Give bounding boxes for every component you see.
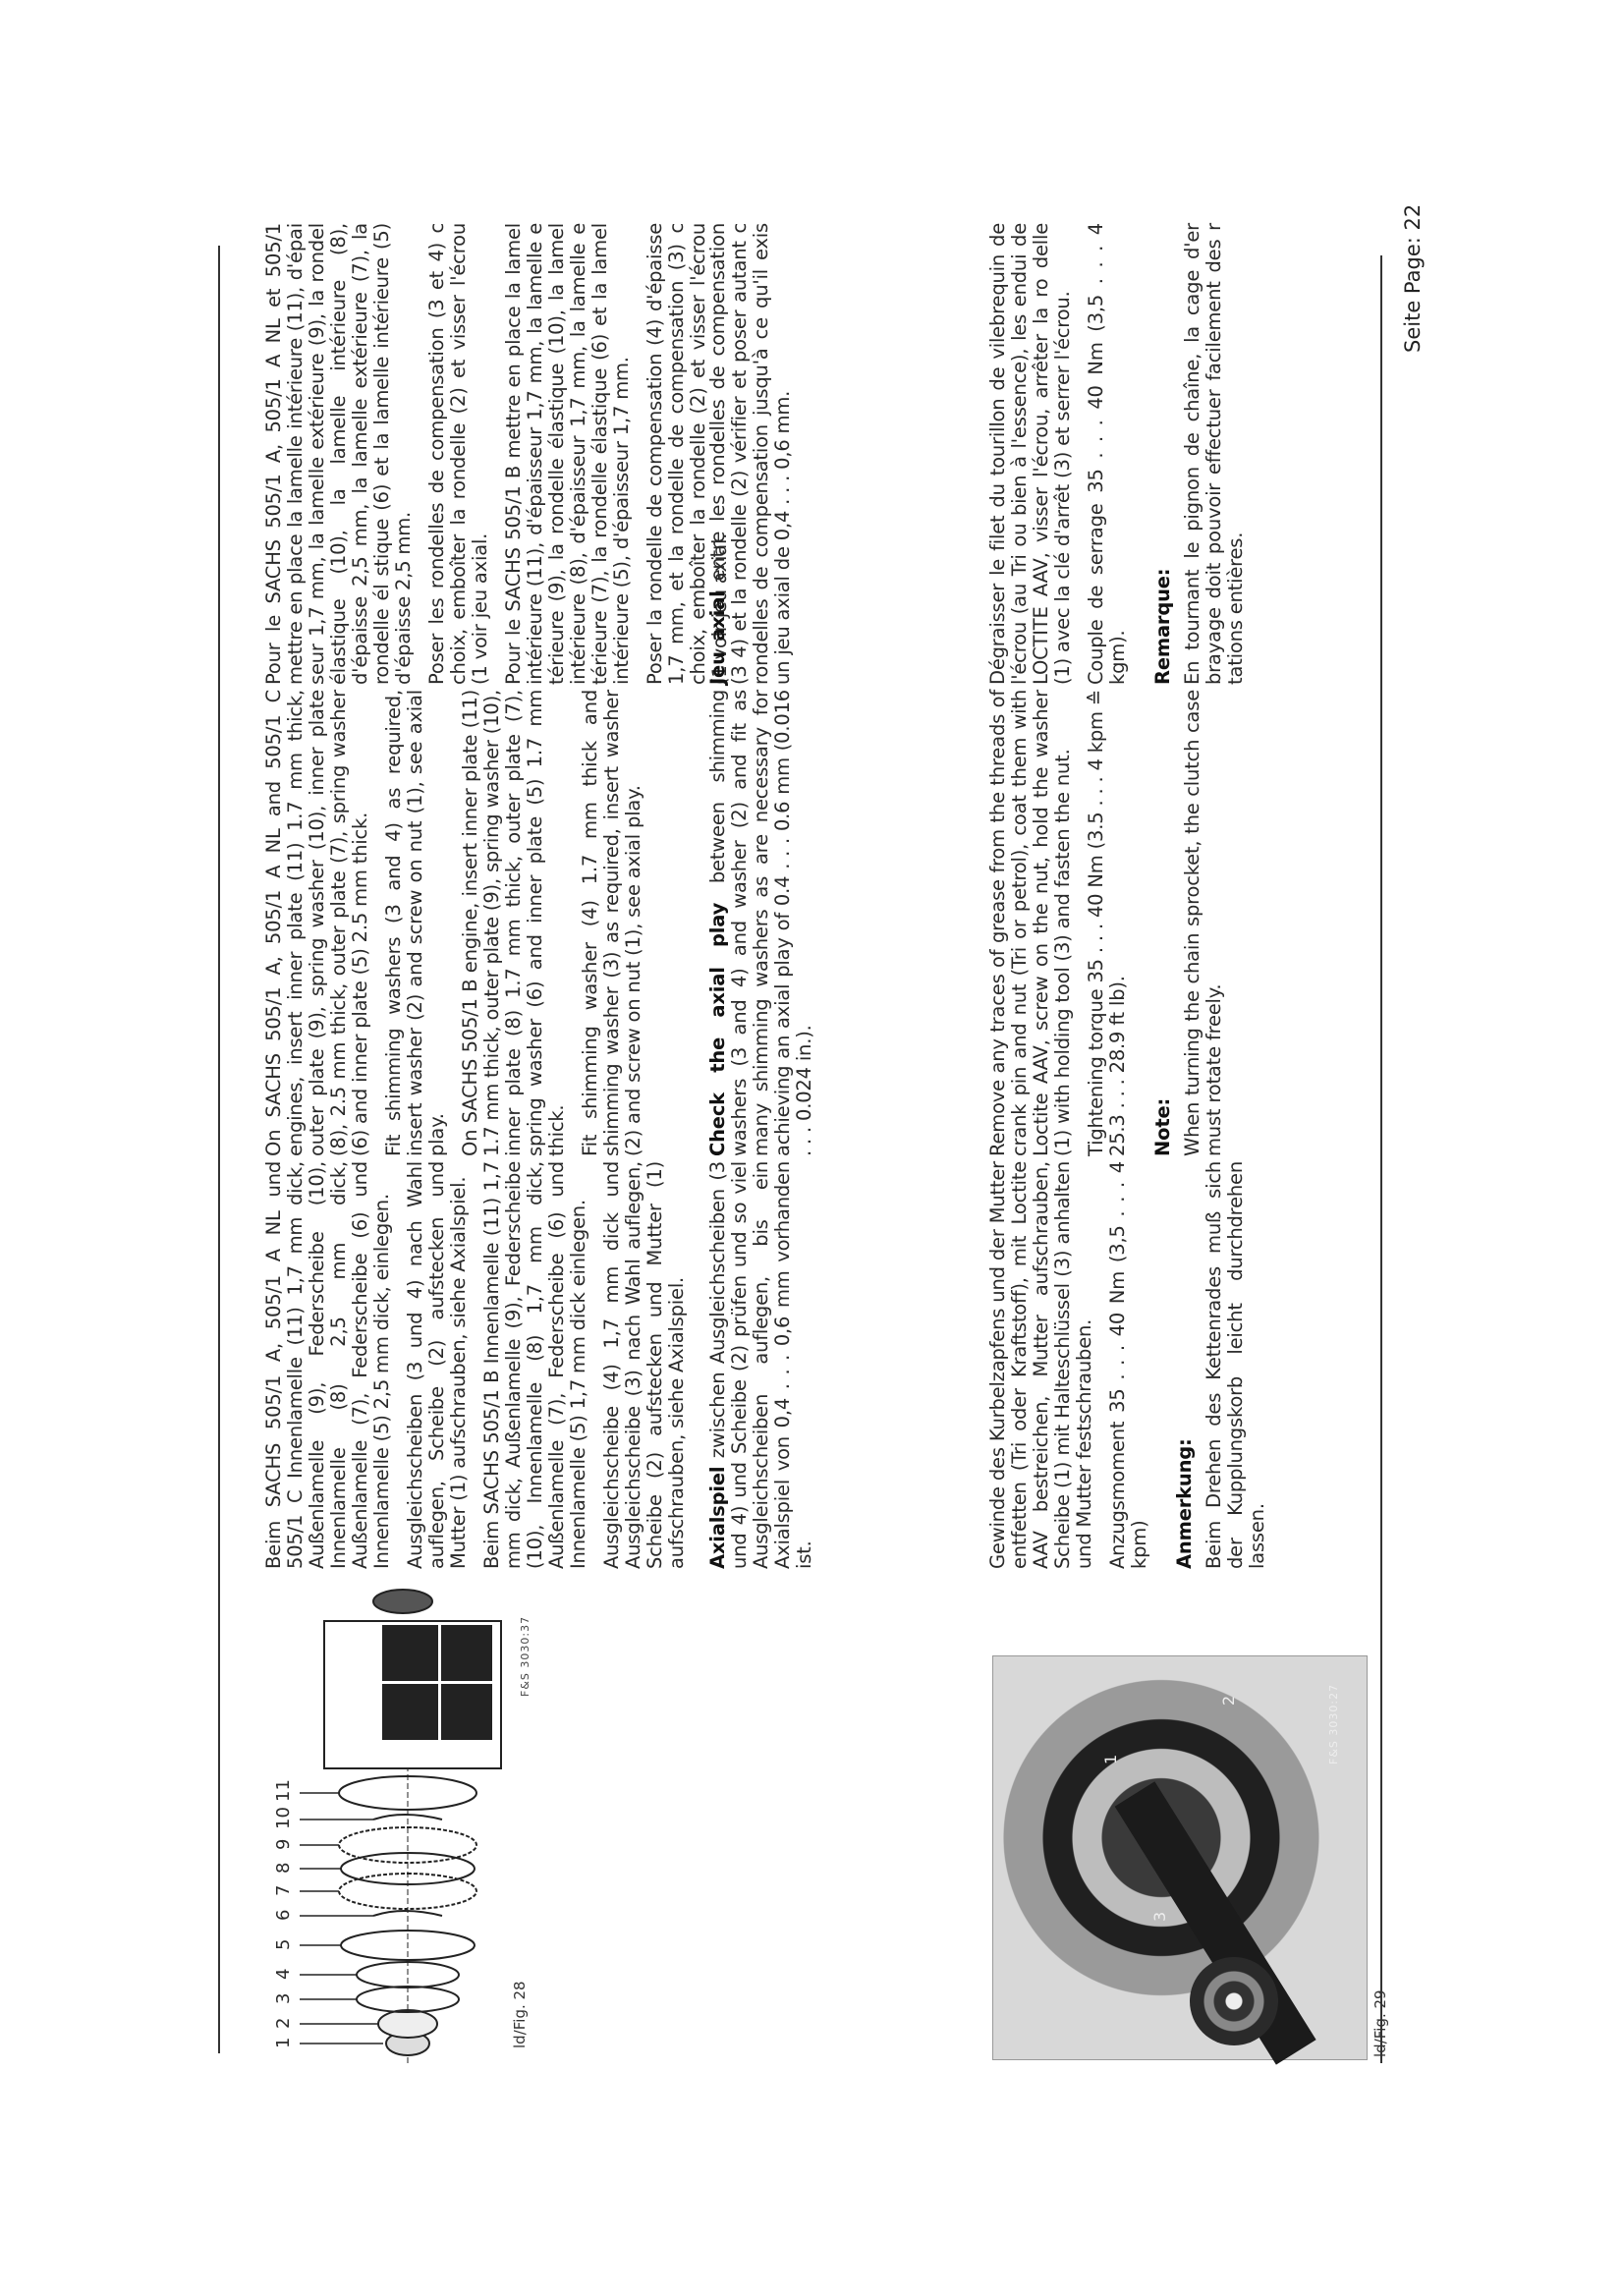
figure-28-label: ld/Fig. 28 [511, 1981, 529, 2048]
part-number: 11 [273, 1779, 294, 1802]
part-number: 3 [273, 1993, 294, 2004]
english-paragraph: On SACHS 505/1 B engine, insert inner pl… [460, 690, 568, 1156]
german-paragraph: Gewinde des Kurbelzapfens und der Mutter… [987, 1161, 1095, 1569]
part-number: 7 [273, 1885, 294, 1896]
german-note-heading: Anmerkung: [1174, 1161, 1196, 1569]
english-note-heading: Note: [1152, 690, 1174, 1156]
photo-callout: 3 [1150, 1912, 1169, 1922]
clutch-exploded-diagram-icon [265, 1572, 550, 2063]
axial-play-english-lead: Check the axial play [706, 903, 729, 1156]
english-paragraph: Remove any traces of grease from the thr… [987, 690, 1074, 1156]
german-paragraph: Beim SACHS 505/1 A, 505/1 A NL und 505/1… [263, 1161, 393, 1569]
english-paragraph: Fit shimming washer (4) 1.7 mm thick and… [580, 690, 644, 1156]
top-rule [218, 246, 220, 2053]
part-number: 2 [273, 2018, 294, 2029]
german-paragraph: Ausgleichscheibe (4) 1,7 mm dick und Aus… [601, 1161, 688, 1569]
photo-callout: 2 [1219, 1696, 1238, 1706]
french-paragraph: Pour le SACHS 505/1 B mettre en place la… [503, 223, 633, 685]
german-paragraph: Anzugsmoment 35 . . . 40 Nm (3,5 . . . 4… [1107, 1161, 1150, 1569]
english-paragraph: On SACHS 505/1 A, 505/1 A NL and 505/1 C… [263, 690, 371, 1156]
section2-french-column: Jeu axial entre les rondelles de compens… [707, 223, 806, 685]
part-number: 1 [273, 2038, 294, 2048]
part-number: 5 [273, 1939, 294, 1950]
figure-28-code: F&S 3030:37 [519, 1616, 532, 1697]
section1-english-column: On SACHS 505/1 A, 505/1 A NL and 505/1 C… [263, 690, 656, 1156]
french-paragraph: Pour le SACHS 505/1 A, 505/1 A NL et 505… [263, 223, 415, 685]
french-paragraph: Poser les rondelles de compensation (3 e… [426, 223, 491, 685]
section1-german-column: Beim SACHS 505/1 A, 505/1 A NL und 505/1… [263, 1161, 700, 1569]
photo-callout: 1 [1101, 1755, 1120, 1764]
part-number: 6 [273, 1910, 294, 1921]
axial-play-english: Check the axial play between shimming wa… [707, 690, 815, 1156]
part-number-labels: 1 2 3 4 5 6 7 8 9 10 11 [273, 1768, 297, 2063]
part-number: 10 [273, 1807, 294, 1829]
part-number: 9 [273, 1839, 294, 1850]
bottom-rule [1380, 255, 1382, 2063]
french-paragraph: Dégraisser le filet du tourillon de vile… [987, 223, 1074, 685]
english-paragraph: Tightening torque 35 . . . 40 Nm (3.5 . … [1086, 690, 1129, 1156]
french-note: En tournant le pignon de chaîne, la cage… [1182, 223, 1247, 685]
section3-english-column: Remove any traces of grease from the thr… [987, 690, 1237, 1156]
german-note: Beim Drehen des Kettenrades muß sich der… [1203, 1161, 1268, 1569]
figure-29-code: F&S 3030:27 [1327, 1684, 1340, 1764]
figure-28-clutch-exploded-view: 1 2 3 4 5 6 7 8 9 10 11 [265, 1572, 550, 2063]
english-paragraph: Fit shimming washers (3 and 4) as requir… [383, 690, 448, 1156]
axial-play-german-lead: Axialspiel [706, 1467, 729, 1569]
page-number: Seite Page: 22 [1401, 204, 1425, 353]
figure-29-photo: 1 2 3 F&S 3030:27 [992, 1655, 1368, 2060]
french-paragraph: Couple de serrage 35 . . . 40 Nm (3,5 . … [1086, 223, 1129, 685]
french-note-heading: Remarque: [1152, 223, 1174, 685]
section2-german-column: Axialspiel zwischen Ausgleichscheiben (3… [707, 1161, 827, 1569]
axial-play-german: Axialspiel zwischen Ausgleichscheiben (3… [707, 1161, 815, 1569]
axial-play-french: Jeu axial entre les rondelles de compens… [707, 223, 794, 685]
part-number: 4 [273, 1969, 294, 1980]
figure-29-label: ld/Fig. 29 [1371, 1989, 1389, 2057]
axial-play-french-lead: Jeu axial [706, 590, 729, 685]
german-paragraph: Ausgleichscheiben (3 und 4) nach Wahl au… [405, 1161, 470, 1569]
german-paragraph: Beim SACHS 505/1 B Innenlamelle (11) 1,7… [481, 1161, 589, 1569]
section1-french-column: Pour le SACHS 505/1 A, 505/1 A NL et 505… [263, 223, 743, 685]
section3-german-column: Gewinde des Kurbelzapfens und der Mutter… [987, 1161, 1280, 1569]
section3-french-column: Dégraisser le filet du tourillon de vile… [987, 223, 1259, 685]
section2-english-column: Check the axial play between shimming wa… [707, 690, 827, 1156]
sprocket-image [1190, 1957, 1278, 2045]
english-note: When turning the chain sprocket, the clu… [1182, 690, 1225, 1156]
part-number: 8 [273, 1863, 294, 1874]
manual-page: 1 2 3 4 5 6 7 8 9 10 11 ld/Fig. 28 F&S 3… [0, 0, 1623, 2296]
